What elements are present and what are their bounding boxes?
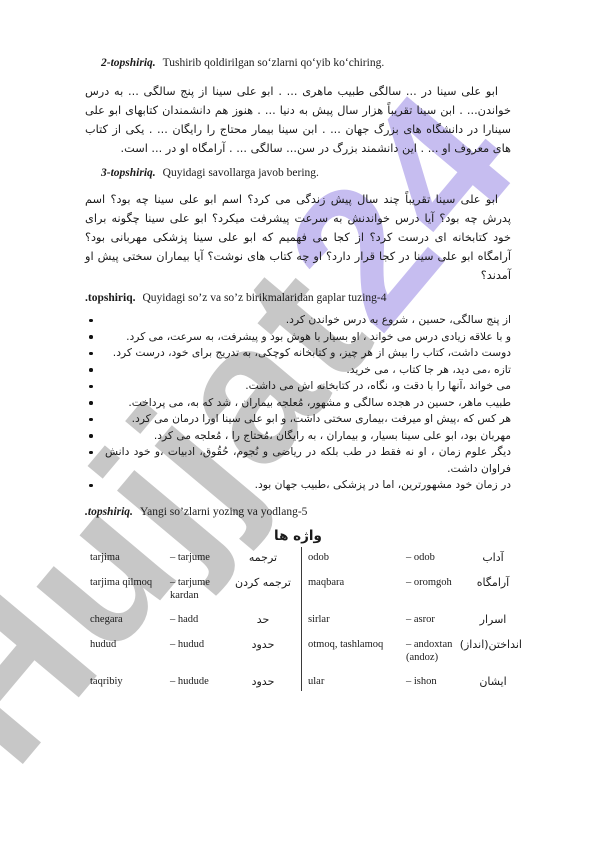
bullet-icon [89,434,93,438]
word-persian: حد [232,613,294,627]
task5-heading: .topshiriq.Yangi so’zlarni yozing va yod… [85,505,511,519]
task2-paragraph: ابو علی سینا در ... سالگی طبیب ماهری ...… [85,82,511,158]
document-page: Hujjat24 2-topshiriq.Tushirib qoldirilga… [0,0,596,842]
word-uzbek: tarjima qilmoq [90,576,170,589]
word-persian: حدود [232,675,294,689]
word-persian: ترجمه کردن [232,576,294,590]
word-persian: ترجمه [232,551,294,565]
bullet-icon [89,319,93,323]
bullet-item: در زمان خود مشهورترین، اما در پزشکی ،طبی… [85,477,511,494]
word-transliteration: – tarjume [170,551,232,564]
word-transliteration: – ishon [406,675,464,688]
bullet-text: از پنج سالگی، حسین ، شروع به درس خواندن … [286,313,511,326]
bullet-text: دوست داشت، کتاب را بیش از هر چیز، و کتاب… [113,346,511,359]
page-content: 2-topshiriq.Tushirib qoldirilgan soʻzlar… [85,56,511,700]
bullet-icon [89,368,93,372]
word-transliteration: – oromgoh [406,576,464,589]
bullet-item: دوست داشت، کتاب را بیش از هر چیز، و کتاب… [85,345,511,362]
word-transliteration: – tarjume kardan [170,576,232,602]
bullet-list: از پنج سالگی، حسین ، شروع به درس خواندن … [85,312,511,494]
bullet-item: می خواند ،آنها را با دقت و، نگاه، در کتا… [85,378,511,395]
word-uzbek: taqribiy [90,675,170,688]
task2-heading: 2-topshiriq.Tushirib qoldirilgan soʻzlar… [101,56,511,70]
word-persian: آرامگاه [464,576,522,590]
word-persian: ایشان [464,675,522,689]
bullet-text: هر کس که ،پیش او میرفت ،بیماری سختی داشت… [132,412,511,425]
vocab-table: tarjima – tarjume ترجمه odob – odob آداب… [85,551,511,689]
word-uzbek: maqbara [308,576,406,589]
bullet-item: دیگر علوم زمان ، او نه فقط در طب بلکه در… [85,444,511,477]
task4-number: .topshiriq. [85,292,136,304]
bullet-item: طبیب ماهر، حسین در هجده سالگی و مشهور، م… [85,395,511,412]
word-transliteration: – hadd [170,613,232,626]
task3-heading: 3-topshiriq.Quyidagi savollarga javob be… [101,166,511,180]
task2-number: 2-topshiriq. [101,57,156,69]
bullet-icon [89,484,93,488]
bullet-icon [89,418,93,422]
word-transliteration: – andoxtan (andoz) [406,638,464,664]
task3-paragraph: ابو علی سینا تقریباً چند سال پیش زندگی م… [85,190,511,285]
word-persian: آداب [464,551,522,565]
word-uzbek: tarjima [90,551,170,564]
bullet-item: هر کس که ،پیش او میرفت ،بیماری سختی داشت… [85,411,511,428]
bullet-icon [89,352,93,356]
bullet-item: از پنج سالگی، حسین ، شروع به درس خواندن … [85,312,511,329]
task5-number: .topshiriq. [85,506,133,518]
bullet-text: در زمان خود مشهورترین، اما در پزشکی ،طبی… [255,478,511,491]
task3-title: Quyidagi savollarga javob bering. [163,167,319,179]
table-divider [301,547,302,691]
bullet-icon [89,401,93,405]
word-uzbek: ular [308,675,406,688]
task4-title: Quyidagi so’z va so’z birikmalaridan gap… [143,292,387,304]
word-uzbek: sirlar [308,613,406,626]
task3-number: 3-topshiriq. [101,167,156,179]
bullet-icon [89,451,93,455]
word-transliteration: – asror [406,613,464,626]
bullet-text: دیگر علوم زمان ، او نه فقط در طب بلکه در… [105,445,511,475]
word-uzbek: otmoq, tashlamoq [308,638,406,651]
bullet-text: مهربان بود، ابو علی سینا بسیار، و بیمارا… [154,429,511,442]
word-uzbek: hudud [90,638,170,651]
bullet-text: و با علاقه زیادی درس می خواند ، او بسیار… [126,330,511,343]
task5-title: Yangi so’zlarni yozing va yodlang-5 [140,506,307,518]
word-transliteration: – odob [406,551,464,564]
word-transliteration: – hudude [170,675,232,688]
bullet-text: تازه ،می دید، هر جا کتاب ، می خرید. [346,363,511,376]
vocab-heading: واژه ها [85,528,511,544]
word-uzbek: odob [308,551,406,564]
task4-heading: .topshiriq.Quyidagi so’z va so’z birikma… [85,291,511,305]
bullet-item: مهربان بود، ابو علی سینا بسیار، و بیمارا… [85,428,511,445]
word-persian: حدود [232,638,294,652]
word-transliteration: – hudud [170,638,232,651]
bullet-icon [89,335,93,339]
bullet-text: طبیب ماهر، حسین در هجده سالگی و مشهور، م… [128,396,511,409]
task2-title: Tushirib qoldirilgan soʻzlarni qoʻyib ko… [163,57,385,69]
word-uzbek: chegara [90,613,170,626]
bullet-text: می خواند ،آنها را با دقت و، نگاه، در کتا… [245,379,511,392]
word-persian: اسرار [464,613,522,627]
bullet-item: و با علاقه زیادی درس می خواند ، او بسیار… [85,329,511,346]
word-persian: انداختن(انداز) [464,638,522,652]
bullet-icon [89,385,93,389]
bullet-item: تازه ،می دید، هر جا کتاب ، می خرید. [85,362,511,379]
